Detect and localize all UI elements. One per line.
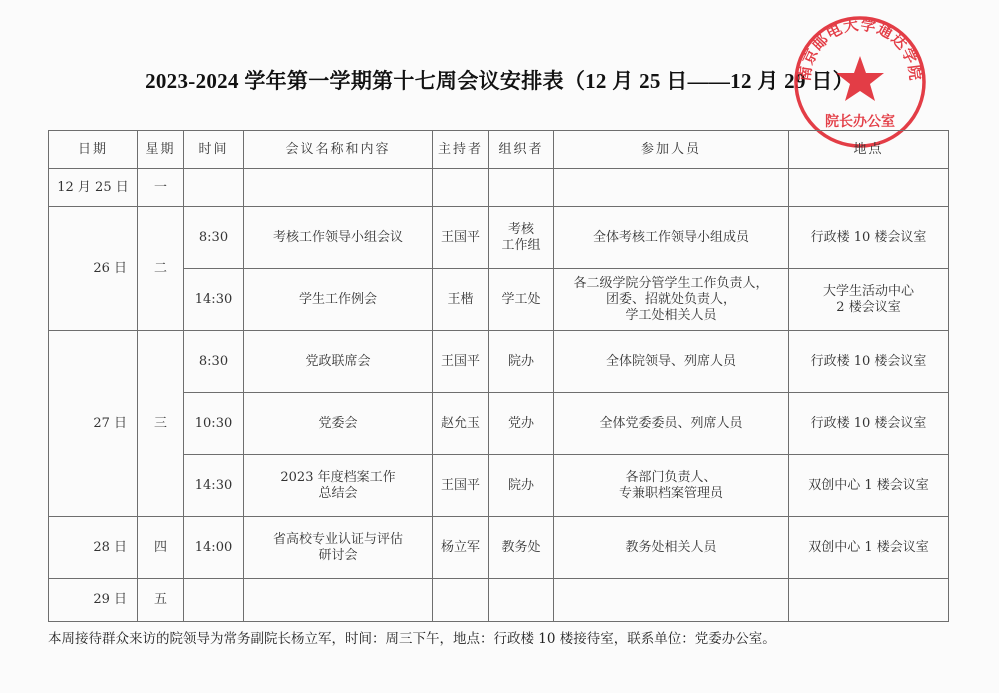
header-host: 主持者 <box>433 131 489 169</box>
host-cell: 赵允玉 <box>433 393 489 455</box>
header-weekday: 星期 <box>138 131 184 169</box>
table-row: 27 日 三 8:30 党政联席会 王国平 院办 全体院领导、列席人员 行政楼 … <box>49 331 949 393</box>
meeting-schedule-table: 日期 星期 时间 会议名称和内容 主持者 组织者 参加人员 地点 12 月 25… <box>48 130 949 622</box>
attendees-cell: 各二级学院分管学生工作负责人， 团委、招就处负责人， 学工处相关人员 <box>554 269 789 331</box>
seal-bottom-text: 院长办公室 <box>825 113 895 130</box>
time-cell: 14:30 <box>184 269 244 331</box>
meeting-name-cell: 考核工作领导小组会议 <box>244 207 433 269</box>
table-row: 28 日 四 14:00 省高校专业认证与评估 研讨会 杨立军 教务处 教务处相… <box>49 517 949 579</box>
attendees-cell: 各部门负责人、 专兼职档案管理员 <box>554 455 789 517</box>
location-cell: 双创中心 1 楼会议室 <box>789 455 949 517</box>
reception-footnote: 本周接待群众来访的院领导为常务副院长杨立军，时间：周三下午，地点：行政楼 10 … <box>48 627 776 647</box>
date-cell: 12 月 25 日 <box>49 169 138 207</box>
location-cell: 行政楼 10 楼会议室 <box>789 331 949 393</box>
meeting-name-cell: 省高校专业认证与评估 研讨会 <box>244 517 433 579</box>
host-cell: 王国平 <box>433 331 489 393</box>
header-attendees: 参加人员 <box>554 131 789 169</box>
header-row: 日期 星期 时间 会议名称和内容 主持者 组织者 参加人员 地点 <box>49 131 949 169</box>
organizer-cell: 院办 <box>489 331 554 393</box>
host-cell: 王国平 <box>433 455 489 517</box>
organizer-cell: 院办 <box>489 455 554 517</box>
host-cell: 王楷 <box>433 269 489 331</box>
organizer-cell: 考核 工作组 <box>489 207 554 269</box>
weekday-cell: 二 <box>138 207 184 331</box>
table-row: 10:30 党委会 赵允玉 党办 全体党委委员、列席人员 行政楼 10 楼会议室 <box>49 393 949 455</box>
weekday-cell: 五 <box>138 579 184 622</box>
attendees-cell: 全体党委委员、列席人员 <box>554 393 789 455</box>
attendees-cell: 全体院领导、列席人员 <box>554 331 789 393</box>
date-cell: 26 日 <box>49 207 138 331</box>
time-cell: 14:00 <box>184 517 244 579</box>
location-cell: 行政楼 10 楼会议室 <box>789 393 949 455</box>
table-row: 29 日 五 <box>49 579 949 622</box>
date-cell: 29 日 <box>49 579 138 622</box>
table-row: 26 日 二 8:30 考核工作领导小组会议 王国平 考核 工作组 全体考核工作… <box>49 207 949 269</box>
time-cell: 8:30 <box>184 207 244 269</box>
time-cell: 8:30 <box>184 331 244 393</box>
header-organizer: 组织者 <box>489 131 554 169</box>
weekday-cell: 一 <box>138 169 184 207</box>
meeting-name-cell: 党政联席会 <box>244 331 433 393</box>
meeting-name-cell: 2023 年度档案工作 总结会 <box>244 455 433 517</box>
location-cell: 行政楼 10 楼会议室 <box>789 207 949 269</box>
header-location: 地点 <box>789 131 949 169</box>
document-title: 2023-2024 学年第一学期第十七周会议安排表（12 月 25 日——12 … <box>0 65 999 95</box>
time-cell: 10:30 <box>184 393 244 455</box>
table-row: 12 月 25 日 一 <box>49 169 949 207</box>
attendees-cell: 教务处相关人员 <box>554 517 789 579</box>
location-cell: 大学生活动中心 2 楼会议室 <box>789 269 949 331</box>
host-cell: 杨立军 <box>433 517 489 579</box>
weekday-cell: 四 <box>138 517 184 579</box>
time-cell: 14:30 <box>184 455 244 517</box>
table-row: 14:30 学生工作例会 王楷 学工处 各二级学院分管学生工作负责人， 团委、招… <box>49 269 949 331</box>
weekday-cell: 三 <box>138 331 184 517</box>
host-cell: 王国平 <box>433 207 489 269</box>
table-row: 14:30 2023 年度档案工作 总结会 王国平 院办 各部门负责人、 专兼职… <box>49 455 949 517</box>
meeting-name-cell: 党委会 <box>244 393 433 455</box>
meeting-name-cell: 学生工作例会 <box>244 269 433 331</box>
organizer-cell: 党办 <box>489 393 554 455</box>
organizer-cell: 学工处 <box>489 269 554 331</box>
organizer-cell: 教务处 <box>489 517 554 579</box>
header-meeting-name: 会议名称和内容 <box>244 131 433 169</box>
header-date: 日期 <box>49 131 138 169</box>
header-time: 时间 <box>184 131 244 169</box>
date-cell: 28 日 <box>49 517 138 579</box>
attendees-cell: 全体考核工作领导小组成员 <box>554 207 789 269</box>
date-cell: 27 日 <box>49 331 138 517</box>
location-cell: 双创中心 1 楼会议室 <box>789 517 949 579</box>
